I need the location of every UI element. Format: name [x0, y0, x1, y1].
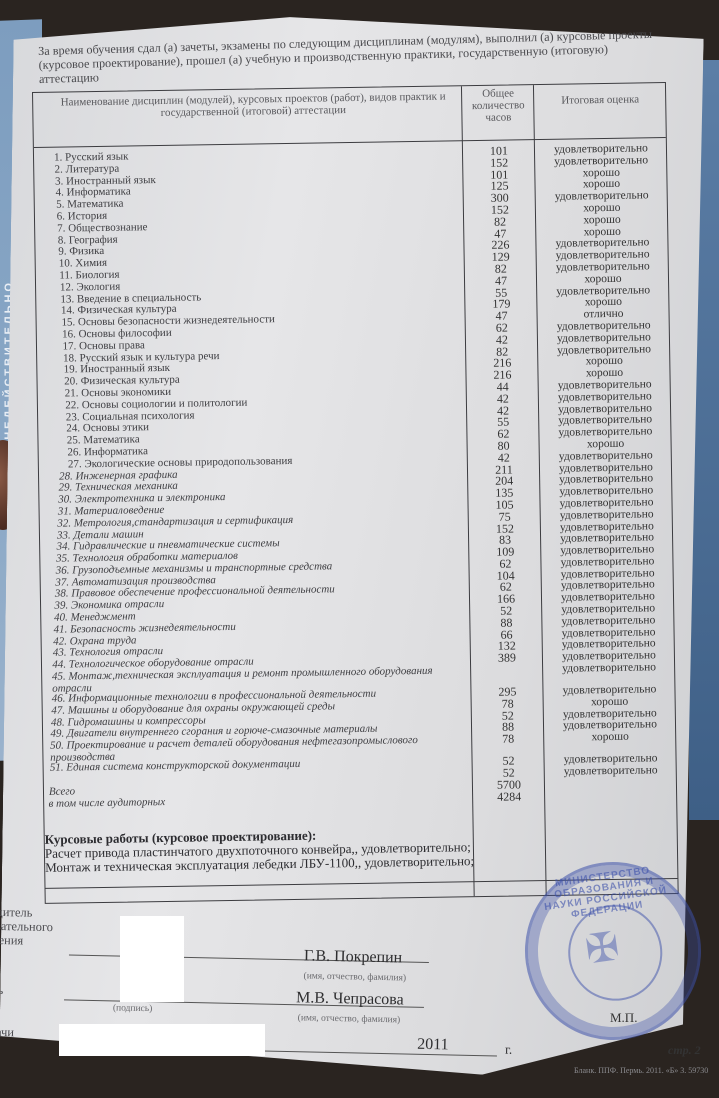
- header-grade: Итоговая оценка: [537, 93, 663, 107]
- issue-year: 2011: [417, 1036, 449, 1055]
- name-caption: (имя, отчество, фамилия): [303, 971, 406, 983]
- hours-value: 4284: [474, 791, 544, 804]
- grade-value: удовлетворительно: [546, 662, 672, 676]
- head-name: Г.В. Покрепин: [304, 947, 403, 967]
- header-discipline: Наименование дисциплин (модулей), курсов…: [53, 90, 453, 120]
- page-number: стр. 2: [668, 1043, 701, 1058]
- mp-label: М.П.: [610, 1010, 637, 1026]
- redacted-date: [59, 1024, 265, 1056]
- printer-info: Бланк. ППФ. Пермь. 2011. «Б» 3. 59730: [574, 1066, 708, 1075]
- hours-value: 78: [473, 733, 543, 746]
- name-caption: (имя, отчество, фамилия): [298, 1013, 401, 1025]
- table-body: 1. Русский язык101удовлетворительно2. Ли…: [34, 143, 676, 810]
- header-hours: Общее количество часов: [463, 87, 534, 124]
- signature-caption: (подпись): [113, 1003, 153, 1014]
- eagle-emblem-icon: ✠: [582, 922, 622, 973]
- year-suffix: г.: [505, 1042, 512, 1058]
- grade-value: хорошо: [547, 731, 673, 745]
- date-line: [257, 1050, 497, 1056]
- redacted-signature: [120, 916, 184, 1002]
- hours-value: [472, 664, 542, 665]
- coursework-block: Курсовые работы (курсовое проектирование…: [45, 826, 475, 875]
- secretary-label: Секретарь: [0, 982, 3, 997]
- head-label: Руководитель образовательного учреждения: [0, 904, 70, 948]
- secretary-name: М.В. Чепрасова: [296, 989, 404, 1009]
- date-label: Дата выдачи: [0, 1024, 14, 1039]
- grades-table: Наименование дисциплин (модулей), курсов…: [32, 82, 679, 904]
